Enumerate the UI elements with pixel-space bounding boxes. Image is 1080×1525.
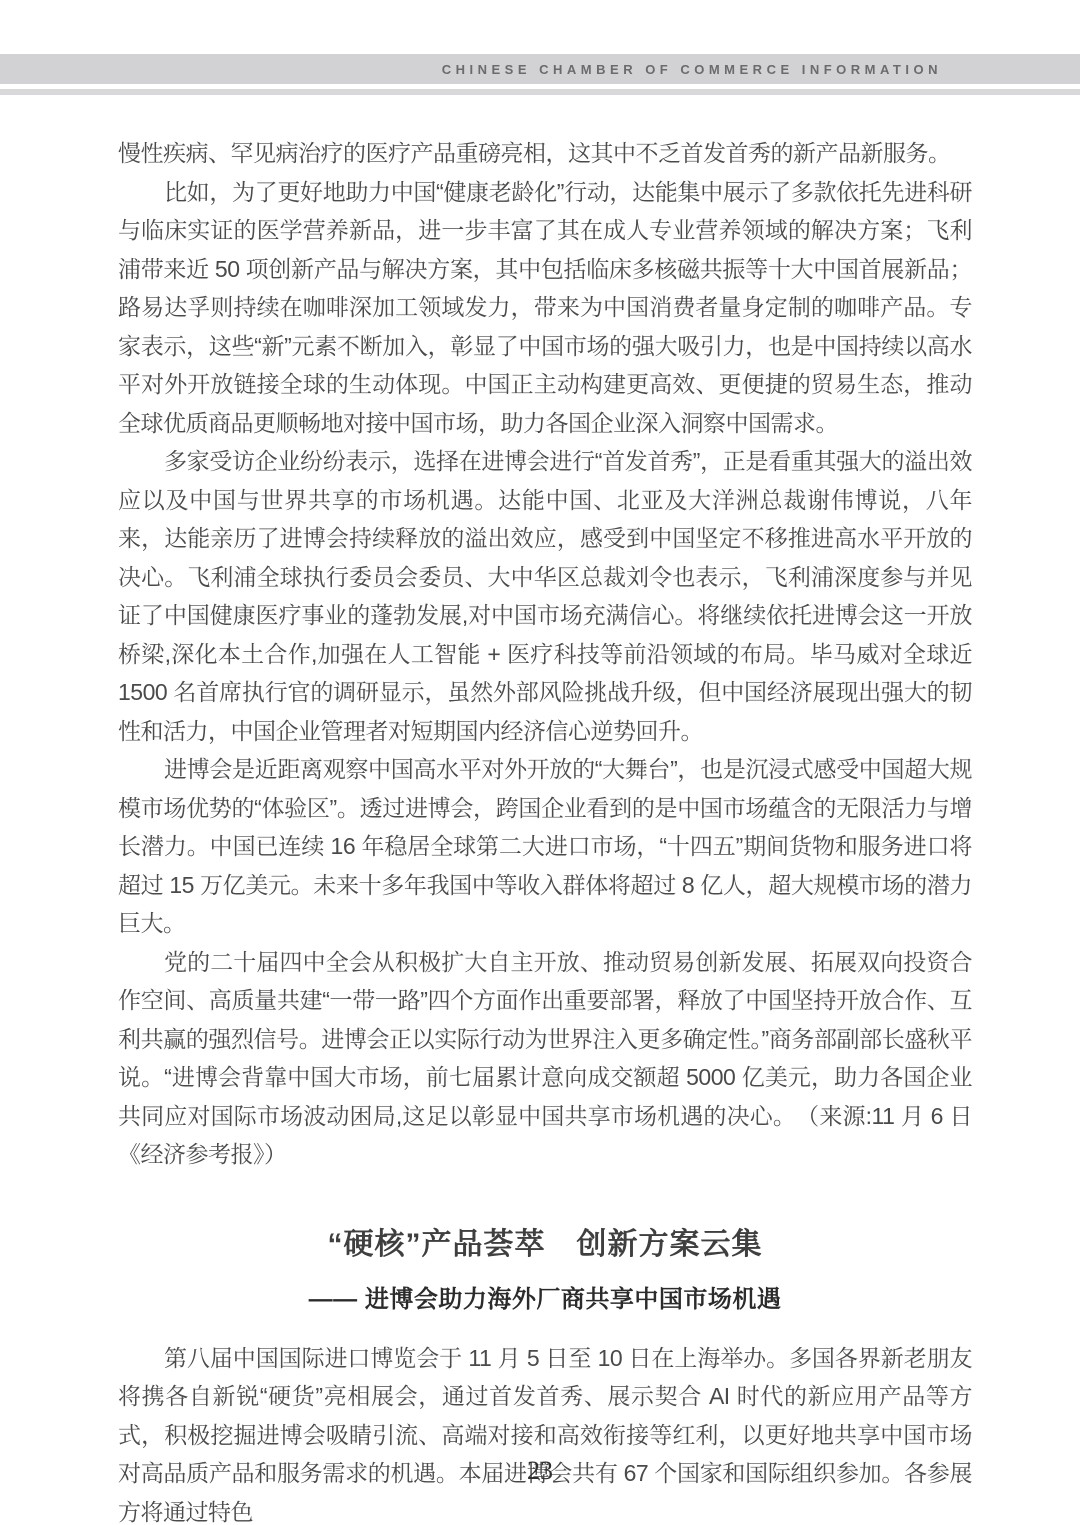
article-subtitle: —— 进博会助力海外厂商共享中国市场机遇	[118, 1283, 972, 1317]
document-page: CHINESE CHAMBER OF COMMERCE INFORMATION …	[0, 0, 1080, 1525]
header-banner-strip	[0, 89, 1080, 95]
paragraph: 第八届中国国际进口博览会于 11 月 5 日至 10 日在上海举办。多国各界新老…	[118, 1339, 972, 1525]
paragraph: 多家受访企业纷纷表示，选择在进博会进行“首发首秀”，正是看重其强大的溢出效应以及…	[118, 442, 972, 750]
page-number: 23	[0, 1456, 1080, 1486]
header-banner-bar: CHINESE CHAMBER OF COMMERCE INFORMATION	[0, 54, 1080, 84]
header-banner-text: CHINESE CHAMBER OF COMMERCE INFORMATION	[442, 62, 942, 77]
paragraph: 比如，为了更好地助力中国“健康老龄化”行动，达能集中展示了多款依托先进科研与临床…	[118, 173, 972, 443]
paragraph-continued: 慢性疾病、罕见病治疗的医疗产品重磅亮相，这其中不乏首发首秀的新产品新服务。	[118, 134, 972, 173]
article-title: “硬核”产品荟萃 创新方案云集	[118, 1224, 972, 1266]
paragraph: 进博会是近距离观察中国高水平对外开放的“大舞台”，也是沉浸式感受中国超大规模市场…	[118, 750, 972, 943]
paragraph: 党的二十届四中全会从积极扩大自主开放、推动贸易创新发展、拓展双向投资合作空间、高…	[118, 943, 972, 1174]
page-content: 慢性疾病、罕见病治疗的医疗产品重磅亮相，这其中不乏首发首秀的新产品新服务。 比如…	[118, 134, 972, 1525]
